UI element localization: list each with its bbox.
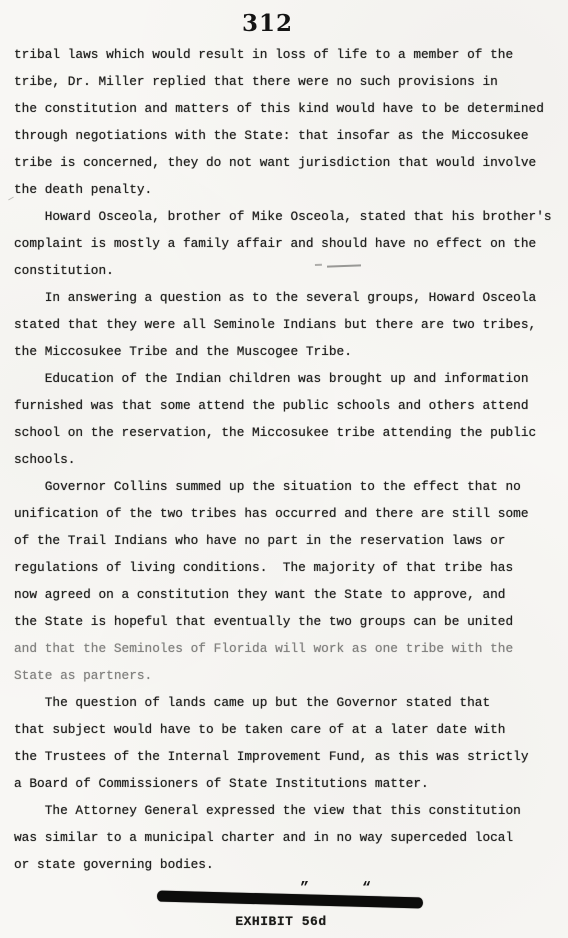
exhibit-label: EXHIBIT 56d [0,914,565,929]
text-line: now agreed on a constitution they want t… [14,581,562,608]
text-line: schools. [14,446,562,473]
text-line: that subject would have to be taken care… [14,716,562,743]
text-line: the death penalty. [14,176,562,203]
text-line: tribal laws which would result in loss o… [14,41,562,68]
text-line: complaint is mostly a family affair and … [14,230,562,257]
page-number: 312 [242,10,292,37]
text-line: or state governing bodies. [14,851,562,878]
text-line: Governor Collins summed up the situation… [14,473,562,500]
text-line: and that the Seminoles of Florida will w… [14,635,562,662]
document-body: tribal laws which would result in loss o… [14,41,562,878]
text-line: through negotiations with the State: tha… [14,122,562,149]
text-line: the constitution and matters of this kin… [14,95,562,122]
text-line: was similar to a municipal charter and i… [14,824,562,851]
text-line: tribe, Dr. Miller replied that there wer… [14,68,562,95]
text-line: a Board of Commissioners of State Instit… [14,770,562,797]
text-line: school on the reservation, the Miccosuke… [14,419,562,446]
text-line: furnished was that some attend the publi… [14,392,562,419]
text-line: stated that they were all Seminole India… [14,311,562,338]
text-line: the State is hopeful that eventually the… [14,608,562,635]
text-line: State as partners. [14,662,562,689]
text-line: unification of the two tribes has occurr… [14,500,562,527]
scan-smudge [8,197,14,201]
document-page: 312 tribal laws which would result in lo… [0,0,568,938]
text-line: Howard Osceola, brother of Mike Osceola,… [14,203,562,230]
text-line: of the Trail Indians who have no part in… [14,527,562,554]
text-line: The question of lands came up but the Go… [14,689,562,716]
text-line: tribe is concerned, they do not want jur… [14,149,562,176]
text-line: The Attorney General expressed the view … [14,797,562,824]
text-line: constitution. [14,257,562,284]
text-line: Education of the Indian children was bro… [14,365,562,392]
text-line: regulations of living conditions. The ma… [14,554,562,581]
text-line: the Trustees of the Internal Improvement… [14,743,562,770]
text-line: In answering a question as to the severa… [14,284,562,311]
text-line: the Miccosukee Tribe and the Muscogee Tr… [14,338,562,365]
